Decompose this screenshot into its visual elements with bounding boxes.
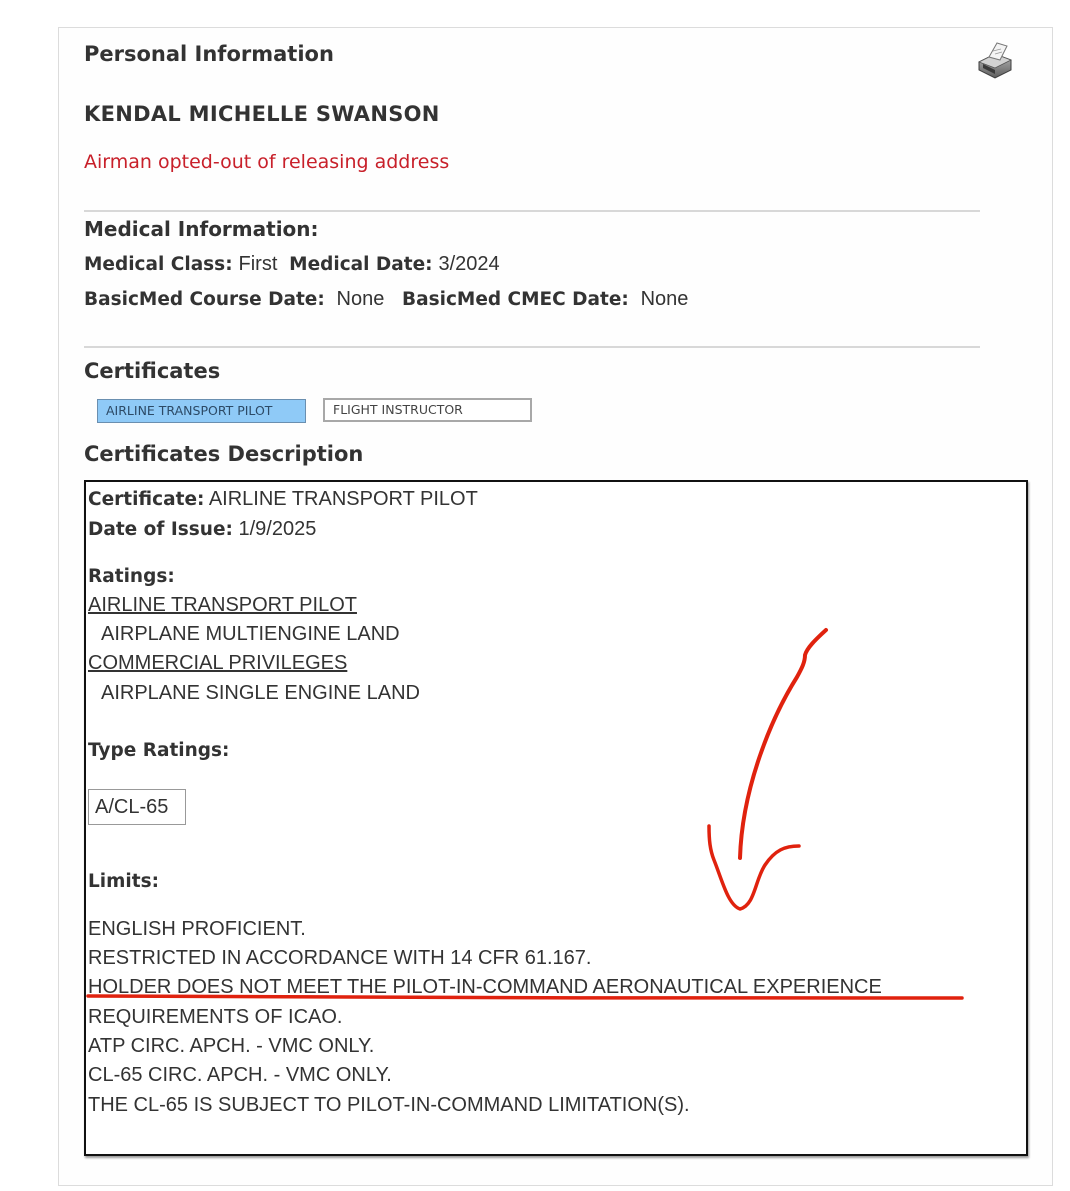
limit-line: ATP CIRC. APCH. - VMC ONLY. bbox=[88, 1035, 374, 1058]
type-rating-item: A/CL-65 bbox=[88, 789, 186, 825]
rating-category: AIRLINE TRANSPORT PILOT bbox=[88, 594, 357, 617]
airman-name: KENDAL MICHELLE SWANSON bbox=[84, 102, 440, 126]
limit-line: RESTRICTED IN ACCORDANCE WITH 14 CFR 61.… bbox=[88, 947, 591, 970]
type-ratings-label: Type Ratings: bbox=[88, 740, 229, 761]
tab-flight-instructor[interactable]: FLIGHT INSTRUCTOR bbox=[323, 398, 532, 422]
rating-detail: AIRPLANE SINGLE ENGINE LAND bbox=[101, 682, 420, 705]
date-of-issue-value: 1/9/2025 bbox=[238, 518, 316, 540]
printer-icon[interactable] bbox=[973, 40, 1017, 82]
certificate-description-box: Certificate: AIRLINE TRANSPORT PILOT Dat… bbox=[84, 480, 1028, 1156]
basicmed-course-value: None bbox=[337, 288, 385, 310]
limits-label: Limits: bbox=[88, 871, 159, 892]
limit-line: REQUIREMENTS OF ICAO. bbox=[88, 1006, 342, 1029]
basicmed-cmec-value: None bbox=[641, 288, 689, 310]
personal-information-heading: Personal Information bbox=[84, 42, 334, 66]
medical-class-label: Medical Class: bbox=[84, 254, 233, 275]
rating-detail: AIRPLANE MULTIENGINE LAND bbox=[101, 623, 400, 646]
basicmed-cmec-label: BasicMed CMEC Date: bbox=[402, 289, 629, 310]
certificates-heading: Certificates bbox=[84, 359, 220, 383]
medical-date-label: Medical Date: bbox=[289, 254, 432, 275]
limit-line: CL-65 CIRC. APCH. - VMC ONLY. bbox=[88, 1064, 392, 1087]
limit-line: THE CL-65 IS SUBJECT TO PILOT-IN-COMMAND… bbox=[88, 1094, 690, 1117]
medical-date-value: 3/2024 bbox=[438, 253, 499, 275]
medical-information-heading: Medical Information: bbox=[84, 217, 319, 241]
limit-line-highlighted: HOLDER DOES NOT MEET THE PILOT-IN-COMMAN… bbox=[88, 976, 882, 999]
rating-category: COMMERCIAL PRIVILEGES bbox=[88, 652, 347, 675]
limit-line: ENGLISH PROFICIENT. bbox=[88, 918, 306, 941]
certificate-label: Certificate: bbox=[88, 489, 204, 510]
basicmed-course-label: BasicMed Course Date: bbox=[84, 289, 325, 310]
date-of-issue-row: Date of Issue: 1/9/2025 bbox=[88, 518, 316, 541]
tab-airline-transport-pilot[interactable]: AIRLINE TRANSPORT PILOT bbox=[97, 399, 306, 423]
basicmed-row: BasicMed Course Date: None BasicMed CMEC… bbox=[84, 288, 688, 311]
divider bbox=[84, 210, 980, 212]
ratings-label: Ratings: bbox=[88, 566, 175, 587]
medical-class-value: First bbox=[239, 253, 278, 275]
medical-class-row: Medical Class: First Medical Date: 3/202… bbox=[84, 253, 500, 276]
certificate-value: AIRLINE TRANSPORT PILOT bbox=[209, 488, 478, 510]
divider bbox=[84, 346, 980, 348]
address-optout-notice: Airman opted-out of releasing address bbox=[84, 151, 449, 173]
date-of-issue-label: Date of Issue: bbox=[88, 519, 233, 540]
airman-info-panel: Personal Information KENDAL MICHELLE SWA… bbox=[58, 27, 1053, 1186]
certificates-description-heading: Certificates Description bbox=[84, 442, 363, 466]
certificate-row: Certificate: AIRLINE TRANSPORT PILOT bbox=[88, 488, 478, 511]
